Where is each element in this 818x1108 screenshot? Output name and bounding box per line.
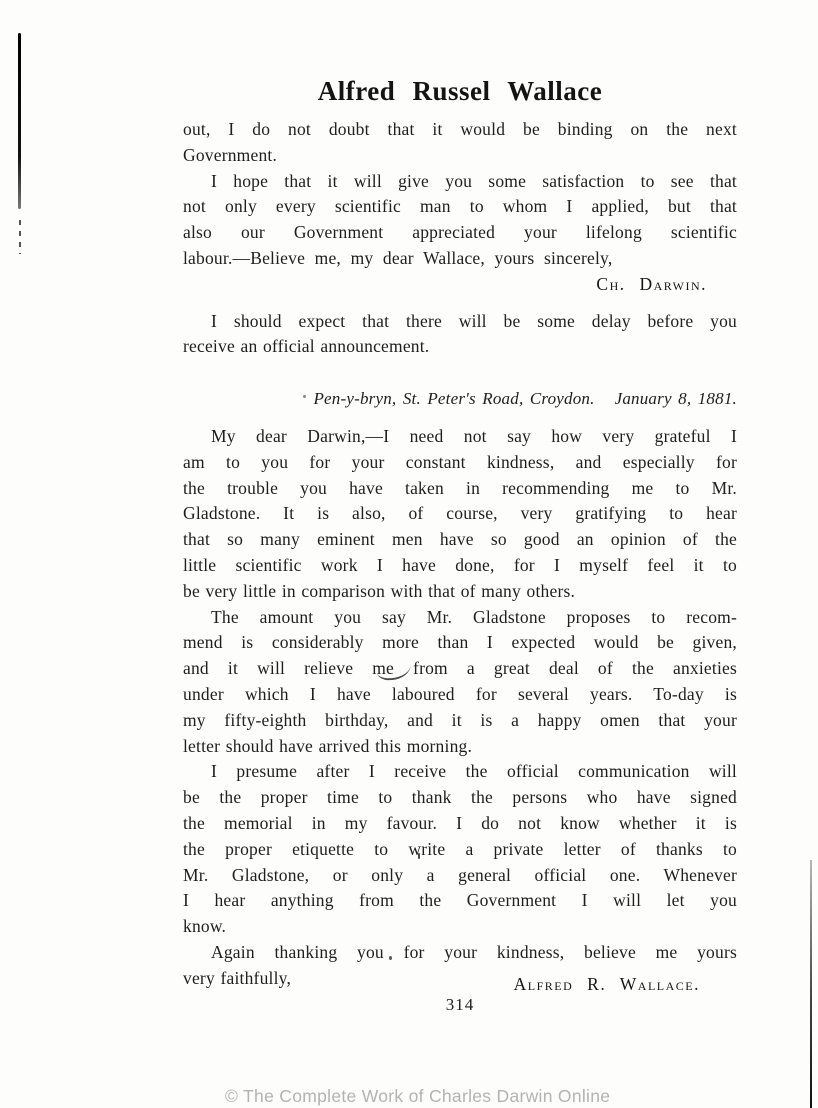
copyright-watermark: © The Complete Work of Charles Darwin On… xyxy=(225,1085,610,1107)
letter-line: not only every scientific man to whom I … xyxy=(183,194,737,220)
dateline-date: January 8, 1881. xyxy=(595,389,737,408)
letter-line: know. xyxy=(183,914,737,940)
scan-speck xyxy=(303,395,306,398)
letter-line: my fifty-eighth birthday, and it is a ha… xyxy=(183,708,737,734)
paragraph: My dear Darwin,—I need not say how very … xyxy=(183,424,737,605)
letter-line: Government. xyxy=(183,143,737,169)
paragraph: I hope that it will give you some satisf… xyxy=(183,169,737,272)
scan-edge-line xyxy=(810,860,812,1108)
letter-line: Gladstone. It is also, of course, very g… xyxy=(183,501,737,527)
paragraph: I presume after I receive the official c… xyxy=(183,759,737,940)
letter-line: mend is considerably more than I expecte… xyxy=(183,630,737,656)
letter-line: the memorial in my favour. I do not know… xyxy=(183,811,737,837)
letter-line: The amount you say Mr. Gladstone propose… xyxy=(183,605,737,631)
darwin-signature: Ch. Darwin. xyxy=(596,274,707,294)
darwin-signature-line: Ch. Darwin. xyxy=(183,272,737,298)
letter-line: that so many eminent men have so good an… xyxy=(183,527,737,553)
wallace-signature: Alfred R. Wallace. xyxy=(514,972,700,998)
paragraph: I should expect that there will be some … xyxy=(183,309,737,361)
letter-line: the trouble you have taken in recommendi… xyxy=(183,476,737,502)
letter-line: also our Government appreciated your lif… xyxy=(183,220,737,246)
letter-line: am to you for your constant kindness, an… xyxy=(183,450,737,476)
paragraph: out, I do not doubt that it would be bin… xyxy=(183,117,737,169)
letter-line: I presume after I receive the official c… xyxy=(183,759,737,785)
paragraph: The amount you say Mr. Gladstone propose… xyxy=(183,605,737,760)
letter-dateline: Pen-y-bryn, St. Peter's Road, Croydon.Ja… xyxy=(183,386,737,412)
closing-text: very faithfully, xyxy=(183,968,291,988)
letter-line: Again thanking you for your kindness, be… xyxy=(183,940,737,966)
letter-line: My dear Darwin,—I need not say how very … xyxy=(183,424,737,450)
closing-line: very faithfully, Alfred R. Wallace. xyxy=(183,966,737,992)
page-title: Alfred Russel Wallace xyxy=(183,74,737,108)
letter-line: I should expect that there will be some … xyxy=(183,309,737,335)
letter-line: out, I do not doubt that it would be bin… xyxy=(183,117,737,143)
dateline-place: Pen-y-bryn, St. Peter's Road, Croydon. xyxy=(313,389,594,408)
letter-line: Mr. Gladstone, or only a general officia… xyxy=(183,863,737,889)
letter-line: little scientific work I have done, for … xyxy=(183,553,737,579)
letter-line: be very little in comparison with that o… xyxy=(183,579,737,605)
paragraph: Again thanking you for your kindness, be… xyxy=(183,940,737,992)
scan-binding-mark xyxy=(18,33,21,209)
letter-line: be the proper time to thank the persons … xyxy=(183,785,737,811)
darwin-letter: out, I do not doubt that it would be bin… xyxy=(183,117,737,360)
letter-line: under which I have laboured for several … xyxy=(183,682,737,708)
book-page: Alfred Russel Wallace out, I do not doub… xyxy=(0,0,818,1108)
scan-binding-dashes xyxy=(19,220,21,254)
letter-line: I hope that it will give you some satisf… xyxy=(183,169,737,195)
letter-line: and it will relieve me from a great deal… xyxy=(183,656,737,682)
letter-line: the proper etiquette to write a private … xyxy=(183,837,737,863)
letter-line: I hear anything from the Government I wi… xyxy=(183,888,737,914)
page-text-block: Alfred Russel Wallace out, I do not doub… xyxy=(183,74,737,1017)
wallace-letter: My dear Darwin,—I need not say how very … xyxy=(183,424,737,992)
letter-line: letter should have arrived this morning. xyxy=(183,734,737,760)
letter-line: receive an official announcement. xyxy=(183,334,737,360)
letter-line: labour.—Believe me, my dear Wallace, you… xyxy=(183,246,737,272)
